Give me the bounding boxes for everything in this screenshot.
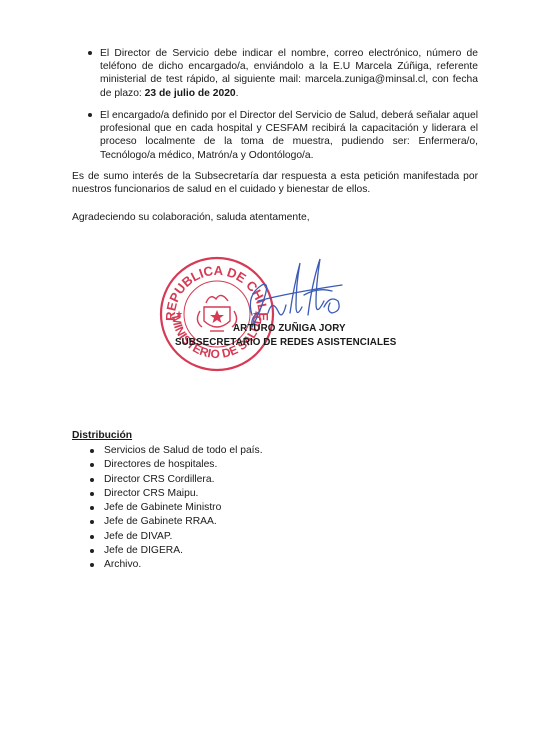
list-item: Jefe de DIVAP. — [88, 530, 263, 544]
list-item: Archivo. — [88, 558, 263, 572]
bullet-text-end: . — [236, 88, 239, 99]
document-page: El Director de Servicio debe indicar el … — [0, 0, 554, 746]
signatory-name: ARTURO ZUÑIGA JORY — [233, 323, 346, 334]
paragraph-closing: Agradeciendo su colaboración, saluda ate… — [72, 211, 478, 224]
distribution-title: Distribución — [72, 430, 132, 441]
signatory-role: SUBSECRETARIO DE REDES ASISTENCIALES — [175, 337, 396, 348]
bullet-icon — [88, 113, 92, 117]
bullet-item-director: El Director de Servicio debe indicar el … — [100, 47, 478, 100]
paragraph-interest: Es de sumo interés de la Subsecretaría d… — [72, 170, 478, 196]
distribution-list: Servicios de Salud de todo el país. Dire… — [88, 444, 263, 573]
list-item: Directores de hospitales. — [88, 458, 263, 472]
bullet-icon — [88, 51, 92, 55]
svg-text:★: ★ — [175, 309, 183, 319]
deadline-date: 23 de julio de 2020 — [145, 88, 236, 99]
list-item: Servicios de Salud de todo el país. — [88, 444, 263, 458]
list-item: Jefe de DIGERA. — [88, 544, 263, 558]
list-item: Jefe de Gabinete RRAA. — [88, 515, 263, 529]
bullet-item-encargado: El encargado/a definido por el Director … — [100, 109, 478, 162]
list-item: Director CRS Maipu. — [88, 487, 263, 501]
list-item: Director CRS Cordillera. — [88, 473, 263, 487]
list-item: Jefe de Gabinete Ministro — [88, 501, 263, 515]
